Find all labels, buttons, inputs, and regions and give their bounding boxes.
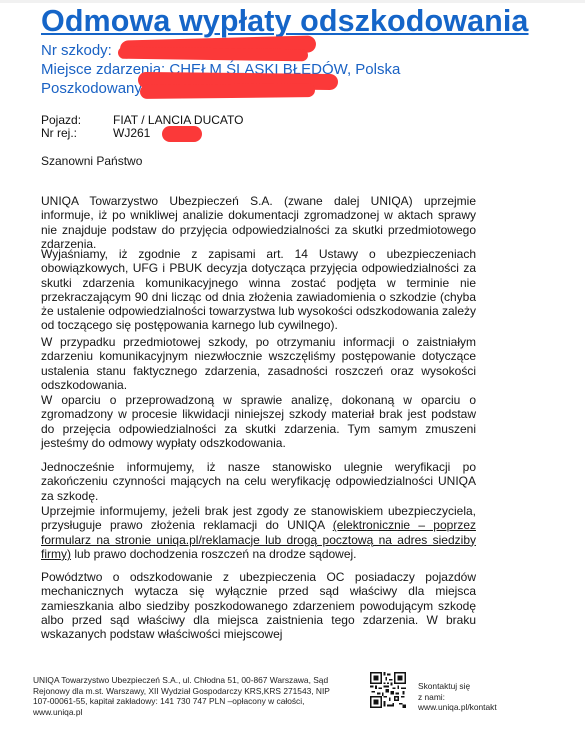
paragraph-proceedings: W przypadku przedmiotowej szkody, po otr… xyxy=(41,335,476,392)
vehicle-value: FIAT / LANCIA DUCATO xyxy=(113,113,243,127)
paragraph-intro: UNIQA Towarzystwo Ubezpieczeń S.A. (zwan… xyxy=(41,194,476,251)
paragraph-complaint: Uprzejmie informujemy, jeżeli brak jest … xyxy=(41,504,476,561)
page-title: Odmowa wypłaty odszkodowania xyxy=(41,4,529,39)
registration-label: Nr rej.: xyxy=(41,126,113,140)
claim-number-line: Nr szkody: xyxy=(41,42,112,59)
injured-party-line: Poszkodowany: xyxy=(41,80,146,97)
paragraph-legal-basis: Wyjaśniamy, iż zgodnie z zapisami art. 1… xyxy=(41,247,476,333)
registration-row: Nr rej.:WJ261 xyxy=(41,126,150,140)
greeting: Szanowni Państwo xyxy=(41,154,476,168)
registration-value: WJ261 xyxy=(113,126,150,140)
paragraph-verification: Jednocześnie informujemy, iż nasze stano… xyxy=(41,460,476,503)
redaction-registration xyxy=(162,126,202,142)
qr-code-icon xyxy=(370,672,406,708)
redaction-injured-party-2 xyxy=(140,83,315,99)
contact-url[interactable]: www.uniqa.pl/kontakt xyxy=(418,702,497,713)
contact-line-1: Skontaktuj się xyxy=(418,681,497,692)
vehicle-row: Pojazd:FIAT / LANCIA DUCATO xyxy=(41,113,243,127)
complaint-text-after: lub prawo dochodzenia roszczeń na drodze… xyxy=(71,547,357,561)
page-top-edge xyxy=(0,0,585,3)
contact-line-2: z nami: xyxy=(418,692,497,703)
footer-company-info: UNIQA Towarzystwo Ubezpieczeń S.A., ul. … xyxy=(33,675,333,717)
claim-number-label: Nr szkody: xyxy=(41,42,112,59)
paragraph-jurisdiction: Powództwo o odszkodowanie z ubezpieczeni… xyxy=(41,570,476,641)
redaction-claim-number-2 xyxy=(118,47,308,62)
vehicle-label: Pojazd: xyxy=(41,113,113,127)
paragraph-refusal: W oparciu o przeprowadzoną w sprawie ana… xyxy=(41,393,476,450)
injured-party-label: Poszkodowany: xyxy=(41,80,146,97)
contact-block: Skontaktuj się z nami: www.uniqa.pl/kont… xyxy=(418,681,497,713)
